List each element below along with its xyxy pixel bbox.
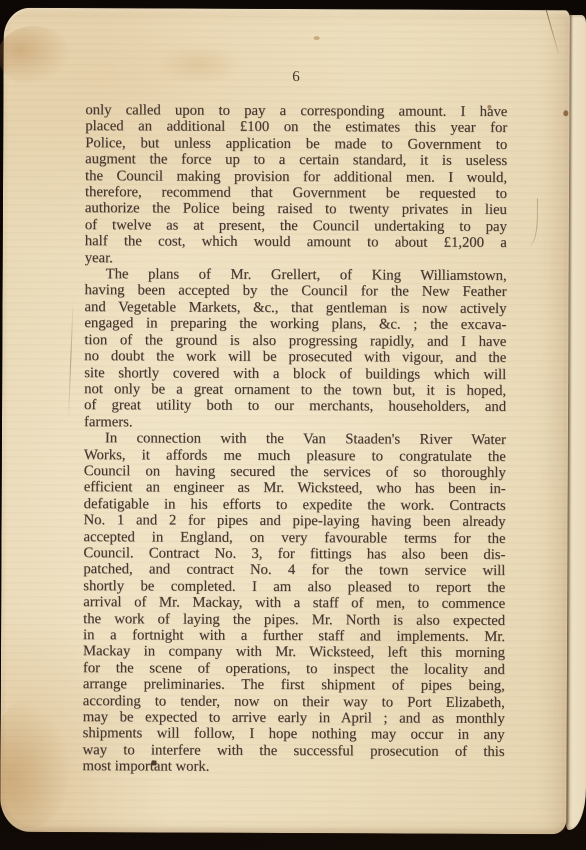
text-line: shipments will follow, I hope nothing ma…	[83, 726, 505, 744]
text-line: No. 1 and 2 for pipes and pipe-laying ha…	[84, 512, 506, 530]
page-text: only called upon to pay a corresponding …	[82, 102, 507, 776]
text-line: engaged in preparing the working plans, …	[84, 315, 506, 333]
paper-stain	[0, 26, 72, 86]
text-line: most important work.	[82, 758, 504, 776]
paper-crease	[68, 300, 74, 420]
text-line: the Council making provision for additio…	[85, 168, 507, 186]
text-line: arrival of Mr. Mackay, with a staff of m…	[83, 594, 505, 612]
text-line: year.	[85, 250, 507, 268]
text-line: not only be a great ornament to the town…	[84, 381, 506, 399]
text-line: in a fortnight with a further staff and …	[83, 627, 505, 645]
text-line: arrange preliminaries. The first shipmen…	[83, 676, 505, 694]
text-line: placed an additional £100 on the estimat…	[85, 119, 507, 137]
text-line: authorize the Police being raised to twe…	[85, 201, 507, 219]
text-line: the work of laying the pipes. Mr. North …	[83, 611, 505, 629]
paper-crease	[523, 198, 538, 246]
text-line: Works, it affords me much pleasure to co…	[84, 447, 506, 465]
text-line: may be expected to arrive early in April…	[83, 709, 505, 727]
scanned-book-photo: 6 only called upon to pay a correspondin…	[0, 0, 586, 850]
page-number: 6	[85, 68, 507, 87]
text-line: tion of the ground is also progressing r…	[84, 332, 506, 350]
text-line: Council. Contract No. 3, for fittings ha…	[83, 545, 505, 563]
ink-speck	[314, 36, 320, 40]
text-line: Mackay in company with Mr. Wicksteed, le…	[83, 644, 505, 662]
text-line: having been accepted by the Council for …	[85, 283, 507, 301]
text-line: therefore, recommend that Government be …	[85, 184, 507, 202]
paper-stain	[0, 698, 71, 828]
text-line: only called upon to pay a corresponding …	[85, 102, 507, 120]
text-line: for the scene of operations, to inspect …	[83, 660, 505, 678]
text-line: augment the force up to a certain standa…	[85, 151, 507, 169]
text-line: site shortly covered with a block of bui…	[84, 365, 506, 383]
text-line: The plans of Mr. Grellert, of King Willi…	[85, 266, 507, 284]
text-line: half the cost, which would amount to abo…	[85, 233, 507, 251]
text-line: of great utility both to our merchants, …	[84, 397, 506, 415]
paper-crease	[545, 9, 558, 54]
text-line: efficient an engineer as Mr. Wicksteed, …	[84, 479, 506, 497]
text-line: patched, and contract No. 4 for the town…	[83, 561, 505, 579]
ink-speck	[563, 110, 568, 116]
text-line: according to tender, now on their way to…	[83, 693, 505, 711]
text-line: In connection with the Van Staaden's Riv…	[84, 430, 506, 448]
text-line: accepted in England, on very favourable …	[83, 529, 505, 547]
text-line: and Vegetable Markets, &c., that gentlem…	[84, 299, 506, 317]
text-line: no doubt the work will be prosecuted wit…	[84, 348, 506, 366]
text-line: shortly be completed. I am also pleased …	[83, 578, 505, 596]
text-line: of twelve as at present, the Council und…	[85, 217, 507, 235]
text-line: way to interfere with the successful pro…	[83, 742, 505, 760]
text-line: defatigable in his efforts to expedite t…	[84, 496, 506, 514]
text-line: Council on having secured the services o…	[84, 463, 506, 481]
book-page: 6 only called upon to pay a correspondin…	[0, 8, 570, 834]
text-line: Police, but unless application be made t…	[85, 135, 507, 153]
text-line: farmers.	[84, 414, 506, 432]
